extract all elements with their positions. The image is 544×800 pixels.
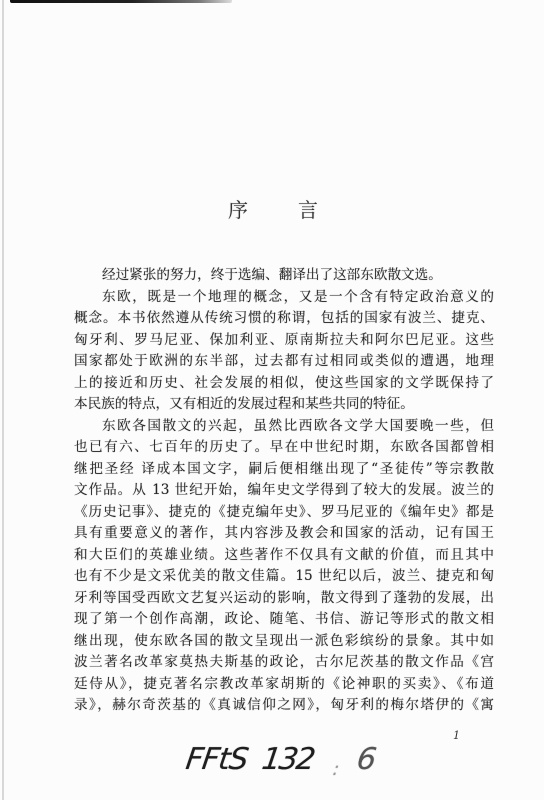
text-line: 《历史记事》、捷克的《捷克编年史》、罗马尼亚的《编年史》都是: [74, 502, 494, 524]
text-line: 匈牙利、罗马尼亚、保加利亚、原南斯拉夫和阿尔巴尼亚。这些: [74, 330, 494, 352]
text-line: 廷侍从》，捷克著名宗教改革家胡斯的《论神职的买卖》、《布道: [74, 674, 494, 696]
scan-edge-bar: [10, 0, 232, 3]
page-title-char-2: 言: [298, 199, 318, 221]
scan-left-edge: [2, 0, 4, 800]
text-line: 继出现，使东欧各国的散文呈现出一派色彩缤纷的景象。其中如: [74, 631, 494, 653]
text-line: 继把圣经 译成本国文字，嗣后便相继出现了“圣徒传”等宗教散: [74, 459, 494, 481]
text-line: 本民族的特点，又有相近的发展过程和某些共同的特征。: [74, 394, 494, 416]
handwritten-note-part: 132: [259, 742, 315, 778]
text-line: 东欧各国散文的兴起，虽然比西欧各文学大国要晚一些，但: [74, 416, 494, 438]
handwritten-note-part: :: [330, 752, 341, 788]
page-number: 1: [453, 729, 460, 742]
body-text: 经过紧张的努力，终于选编、翻译出了这部东欧散文选。 东欧，既是一个地理的概念，又…: [74, 265, 494, 717]
text-line: 现了第一个创作高潮，政论、随笔、书信、游记等形式的散文相: [74, 609, 494, 631]
text-line: 具有重要意义的著作，其内容涉及教会和国家的活动，记有国王: [74, 523, 494, 545]
text-line: 东欧，既是一个地理的概念，又是一个含有特定政治意义的: [74, 287, 494, 309]
page-title-char-1: 序: [228, 199, 248, 221]
text-line: 录》，赫尔奇茨基的《真诚信仰之网》，匈牙利的梅尔塔伊的《寓: [74, 695, 494, 717]
text-line: 也有不少是文采优美的散文佳篇。15 世纪以后，波兰、捷克和匈: [74, 566, 494, 588]
text-line: 国家都处于欧洲的东半部，过去都有过相同或类似的遭遇，地理: [74, 351, 494, 373]
text-line: 概念。本书依然遵从传统习惯的称谓，包括的国家有波兰、捷克、: [74, 308, 494, 330]
text-line: 上的接近和历史、社会发展的相似，使这些国家的文学既保持了: [74, 373, 494, 395]
text-line: 经过紧张的努力，终于选编、翻译出了这部东欧散文选。: [74, 265, 494, 287]
text-line: 文作品。从 13 世纪开始，编年史文学得到了较大的发展。波兰的: [74, 480, 494, 502]
text-line: 牙利等国受西欧文艺复兴运动的影响，散文得到了蓬勃的发展，出: [74, 588, 494, 610]
text-line: 波兰著名改革家莫热夫斯基的政论，古尔尼茨基的散文作品《宫: [74, 652, 494, 674]
handwritten-note-part: FFtS: [183, 742, 249, 778]
handwritten-note-part: 6: [354, 742, 378, 778]
text-line: 和大臣们的英雄业绩。这些著作不仅具有文献的价值，而且其中: [74, 545, 494, 567]
text-line: 也已有六、七百年的历史了。早在中世纪时期，东欧各国都曾相: [74, 437, 494, 459]
